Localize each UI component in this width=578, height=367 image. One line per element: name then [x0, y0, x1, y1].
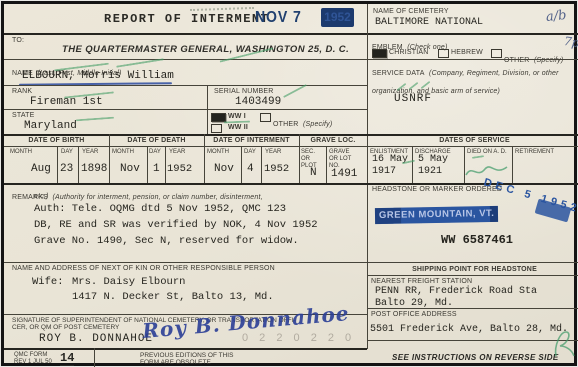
grid-line	[4, 33, 578, 35]
signature-typed-name: ROY B. DONNAHOE	[39, 333, 153, 345]
interment-day-value: 4	[247, 163, 254, 175]
interment-form-scan: REPORT OF INTERMENT NOV 7 1952 NAME OF C…	[0, 0, 578, 367]
other-war-checkbox	[260, 113, 271, 122]
received-year-stamp-blob: 1952	[321, 8, 354, 27]
grid-line	[4, 59, 578, 60]
birth-month-label: MONTH	[10, 149, 32, 156]
enlistment-value: 16 May 1917	[372, 154, 408, 178]
lot-value: 1491	[331, 168, 357, 180]
interment-day-label: DAY	[244, 149, 256, 156]
pen-note-7p: 7p	[563, 34, 578, 50]
interment-header: DATE OF INTERMENT	[204, 137, 299, 145]
interment-month-value: Nov	[214, 163, 234, 175]
obsolete-line1: PREVIOUS EDITIONS OF THIS	[140, 352, 233, 359]
death-day-value: 1	[153, 163, 160, 175]
service-data-label: SERVICE DATA	[372, 70, 425, 77]
grid-line	[4, 348, 367, 350]
state-value: Maryland	[24, 120, 77, 132]
serial-value: 1403499	[235, 96, 281, 108]
faint-handwriting-mark	[190, 7, 254, 11]
freight-station-line1: PENN RR, Frederick Road Sta	[375, 286, 537, 297]
grid-line	[57, 146, 58, 184]
death-month-label: MONTH	[112, 149, 134, 156]
to-label: TO:	[12, 37, 24, 45]
grid-line	[512, 146, 513, 184]
grid-line	[241, 146, 242, 184]
remarks-line3: Grave No. 1490, Sec N, reserved for wido…	[34, 235, 299, 247]
death-header: DATE OF DEATH	[109, 137, 204, 145]
grid-line	[109, 134, 110, 184]
death-year-value: 1952	[167, 163, 192, 175]
christian-checkbox	[372, 49, 387, 58]
grid-line	[367, 275, 578, 276]
birth-day-value: 23	[60, 163, 73, 175]
hebrew-label: HEBREW	[451, 49, 483, 57]
retirement-label: RETIREMENT	[515, 149, 554, 156]
received-date-stamp: NOV 7	[255, 9, 302, 27]
grid-line	[412, 146, 413, 184]
grid-line	[165, 146, 166, 184]
birth-year-label: YEAR	[82, 149, 98, 156]
headstone-order-number: WW 6587461	[441, 233, 513, 247]
form-id-line1: QMC FORM	[14, 352, 47, 359]
cemetery-label: NAME OF CEMETERY	[373, 8, 449, 16]
grid-line	[299, 134, 300, 184]
form-frame: REPORT OF INTERMENT NOV 7 1952 NAME OF C…	[1, 1, 577, 366]
form-number: 14	[60, 351, 74, 366]
discharge-value: 5 May 1921	[418, 154, 448, 178]
ww2-checkbox	[211, 124, 222, 133]
christian-label: CHRISTIAN	[389, 49, 429, 57]
service-data-value: USNRF	[394, 93, 432, 105]
nok-relation: Wife:	[32, 276, 64, 288]
death-month-value: Nov	[120, 163, 140, 175]
dates-of-service-header: DATES OF SERVICE	[367, 137, 578, 145]
pencil-mark	[283, 84, 307, 98]
ghost-digits: 0 2 2 0 2 2 0	[242, 332, 355, 344]
post-office-label: POST OFFICE ADDRESS	[371, 311, 457, 319]
instructions-note: SEE INSTRUCTIONS ON REVERSE SIDE	[392, 353, 559, 362]
grid-line	[367, 308, 578, 309]
shipping-header: SHIPPING POINT FOR HEADSTONE	[367, 266, 578, 274]
birth-month-value: Aug	[31, 163, 51, 175]
enlistment-line2: 1917	[372, 166, 396, 177]
headstone-company-stamp: GREEN MOUNTAIN, VT.	[375, 206, 499, 224]
rank-label: RANK	[12, 88, 32, 96]
grid-line	[4, 262, 578, 263]
grave-loc-header: GRAVE LOC.	[299, 137, 367, 145]
nok-name: Mrs. Daisy Elbourn	[72, 276, 185, 288]
form-title: REPORT OF INTERMENT	[104, 12, 269, 26]
other-emblem-checkbox	[491, 49, 502, 58]
nok-label: NAME AND ADDRESS OF NEXT OF KIN OR OTHER…	[12, 265, 275, 273]
lot-label: GRAVE OR LOT NO.	[329, 149, 359, 170]
pencil-mark	[76, 117, 114, 122]
remarks-line1: Auth: Tele. OQMG dtd 5 Nov 1952, QMC 123	[34, 203, 286, 215]
remarks-hint: (Authority for interment, pension, or cl…	[52, 194, 262, 201]
birth-header: DATE OF BIRTH	[4, 137, 109, 145]
remarks-line2: DB, RE and SR was verified by NOK, 4 Nov…	[34, 219, 318, 231]
grid-line	[4, 134, 578, 136]
grid-line	[367, 340, 578, 341]
birth-day-label: DAY	[61, 149, 73, 156]
serial-label: SERIAL NUMBER	[214, 88, 274, 96]
death-day-label: DAY	[149, 149, 161, 156]
received-year-stamp: 1952	[324, 10, 351, 24]
grid-line	[4, 109, 367, 110]
pen-note-ab: a/b	[545, 8, 567, 25]
freight-station-label: NEAREST FREIGHT STATION	[371, 278, 472, 286]
other-war-hint: (Specify)	[303, 121, 332, 128]
grid-line	[464, 146, 465, 184]
remarks-hint2: etc.)	[34, 193, 49, 201]
grid-line	[261, 146, 262, 184]
post-office-value: 5501 Frederick Ave, Balto 28, Md.	[370, 324, 568, 335]
hebrew-checkbox	[438, 49, 449, 58]
nok-address: 1417 N. Decker St, Balto 13, Md.	[72, 291, 274, 303]
died-on-ad-label: DIED ON A. D.	[467, 149, 507, 156]
grid-line	[94, 348, 95, 367]
discharge-line2: 1921	[418, 166, 442, 177]
grid-line	[147, 146, 148, 184]
state-label: STATE	[12, 112, 35, 120]
interment-year-label: YEAR	[265, 149, 281, 156]
grid-line	[367, 4, 368, 349]
interment-year-value: 1952	[264, 163, 289, 175]
remarks-label-group: REMARKS (Authority for interment, pensio…	[12, 186, 263, 204]
discharge-line1: 5 May	[418, 154, 448, 165]
name-value: ELBOURN, Morris William	[22, 70, 174, 82]
birth-year-value: 1898	[81, 163, 107, 175]
grid-line	[326, 146, 327, 184]
interment-month-label: MONTH	[207, 149, 229, 156]
grid-line	[204, 134, 205, 184]
ww2-label: WW II	[228, 124, 248, 132]
cemetery-value: BALTIMORE NATIONAL	[375, 17, 483, 28]
obsolete-line2: FORM ARE OBSOLETE	[140, 359, 211, 366]
to-value: THE QUARTERMASTER GENERAL, WASHINGTON 25…	[62, 44, 349, 55]
pencil-mark	[472, 155, 484, 159]
other-war-label-group: OTHER (Specify)	[273, 113, 332, 131]
other-war-label: OTHER	[273, 121, 299, 128]
signature-label-line2: CER, OR QM OF POST CEMETERY	[12, 324, 119, 331]
form-id-line2: REV 1 JUL 50	[14, 359, 52, 366]
grid-line	[78, 146, 79, 184]
death-year-label: YEAR	[169, 149, 185, 156]
plot-value: N	[310, 167, 317, 179]
grid-line	[4, 85, 367, 86]
pencil-check-mark	[552, 328, 578, 360]
grid-line	[4, 146, 578, 147]
